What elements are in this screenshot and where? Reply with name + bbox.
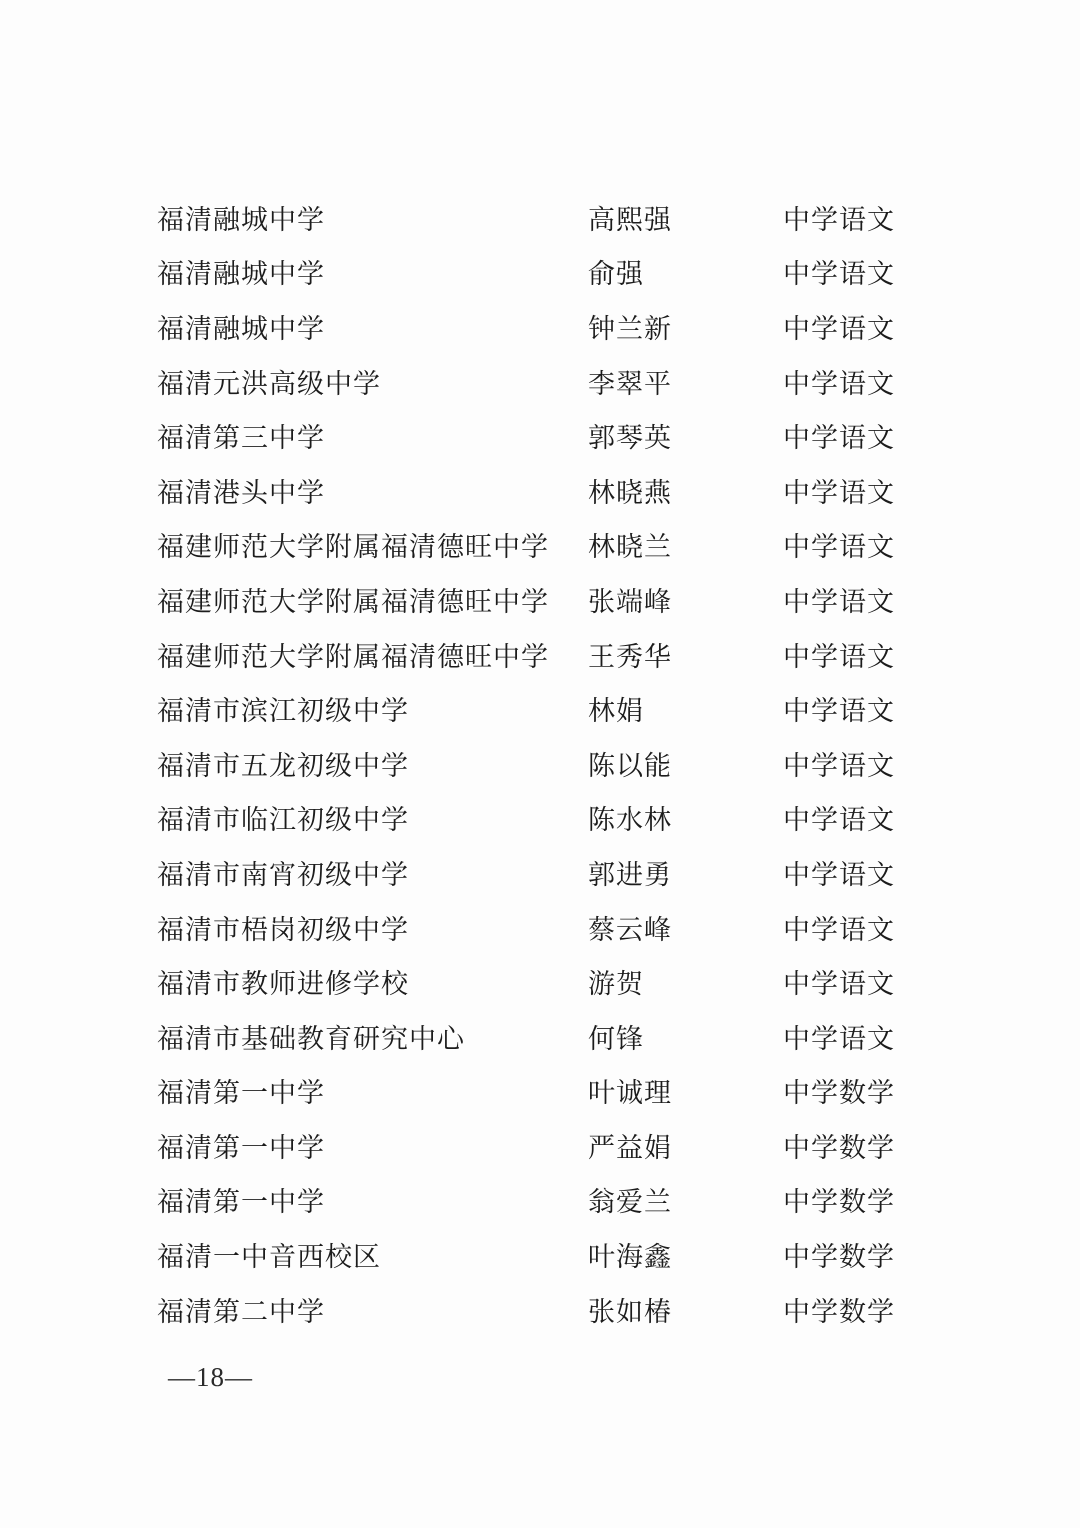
person-name-cell: 钟兰新 <box>588 307 783 346</box>
subject-cell: 中学语文 <box>783 689 895 728</box>
page-number: —18— <box>168 1362 253 1393</box>
school-name-cell: 福清市临江初级中学 <box>157 798 588 837</box>
subject-cell: 中学语文 <box>783 853 895 892</box>
table-row: 福清第三中学 郭琴英 中学语文 <box>0 408 1080 463</box>
subject-cell: 中学数学 <box>783 1126 895 1165</box>
table-row: 福建师范大学附属福清德旺中学 王秀华 中学语文 <box>0 627 1080 682</box>
table-row: 福清一中音西校区 叶海鑫 中学数学 <box>0 1227 1080 1282</box>
person-name-cell: 林晓兰 <box>588 525 783 564</box>
person-name-cell: 何锋 <box>588 1017 783 1056</box>
document-page: 福清融城中学 高熙强 中学语文 福清融城中学 俞强 中学语文 福清融城中学 钟兰… <box>0 0 1080 1528</box>
subject-cell: 中学数学 <box>783 1180 895 1219</box>
table-row: 福清元洪高级中学 李翠平 中学语文 <box>0 354 1080 409</box>
person-name-cell: 林晓燕 <box>588 471 783 510</box>
subject-cell: 中学语文 <box>783 635 895 674</box>
subject-cell: 中学语文 <box>783 307 895 346</box>
person-name-cell: 张端峰 <box>588 580 783 619</box>
subject-cell: 中学语文 <box>783 471 895 510</box>
table-row: 福清市临江初级中学 陈水林 中学语文 <box>0 791 1080 846</box>
table-row: 福清市滨江初级中学 林娟 中学语文 <box>0 681 1080 736</box>
table-row: 福建师范大学附属福清德旺中学 张端峰 中学语文 <box>0 572 1080 627</box>
subject-cell: 中学语文 <box>783 798 895 837</box>
person-name-cell: 陈水林 <box>588 798 783 837</box>
school-name-cell: 福清市教师进修学校 <box>157 962 588 1001</box>
school-name-cell: 福清融城中学 <box>157 252 588 291</box>
school-name-cell: 福清港头中学 <box>157 471 588 510</box>
subject-cell: 中学语文 <box>783 580 895 619</box>
person-name-cell: 张如椿 <box>588 1290 783 1329</box>
school-name-cell: 福清市梧岗初级中学 <box>157 908 588 947</box>
school-name-cell: 福清市五龙初级中学 <box>157 744 588 783</box>
person-name-cell: 郭进勇 <box>588 853 783 892</box>
table-row: 福清第二中学 张如椿 中学数学 <box>0 1282 1080 1337</box>
table-row: 福清港头中学 林晓燕 中学语文 <box>0 463 1080 518</box>
school-name-cell: 福清市基础教育研究中心 <box>157 1017 588 1056</box>
person-name-cell: 高熙强 <box>588 198 783 237</box>
subject-cell: 中学语文 <box>783 525 895 564</box>
person-name-cell: 俞强 <box>588 252 783 291</box>
person-name-cell: 蔡云峰 <box>588 908 783 947</box>
person-name-cell: 严益娟 <box>588 1126 783 1165</box>
school-name-cell: 福清一中音西校区 <box>157 1235 588 1274</box>
subject-cell: 中学语文 <box>783 362 895 401</box>
person-name-cell: 翁爱兰 <box>588 1180 783 1219</box>
school-name-cell: 福清市南宵初级中学 <box>157 853 588 892</box>
table-row: 福清第一中学 严益娟 中学数学 <box>0 1118 1080 1173</box>
table-row: 福清市五龙初级中学 陈以能 中学语文 <box>0 736 1080 791</box>
school-name-cell: 福建师范大学附属福清德旺中学 <box>157 525 588 564</box>
school-name-cell: 福清第一中学 <box>157 1180 588 1219</box>
table-row: 福清融城中学 高熙强 中学语文 <box>0 190 1080 245</box>
school-name-cell: 福清市滨江初级中学 <box>157 689 588 728</box>
person-name-cell: 游贺 <box>588 962 783 1001</box>
person-name-cell: 郭琴英 <box>588 416 783 455</box>
table-row: 福清融城中学 钟兰新 中学语文 <box>0 299 1080 354</box>
subject-cell: 中学数学 <box>783 1071 895 1110</box>
person-name-cell: 王秀华 <box>588 635 783 674</box>
subject-cell: 中学语文 <box>783 908 895 947</box>
person-name-cell: 李翠平 <box>588 362 783 401</box>
subject-cell: 中学数学 <box>783 1235 895 1274</box>
subject-cell: 中学语文 <box>783 744 895 783</box>
school-name-cell: 福清第三中学 <box>157 416 588 455</box>
person-name-cell: 陈以能 <box>588 744 783 783</box>
table-row: 福清市南宵初级中学 郭进勇 中学语文 <box>0 845 1080 900</box>
subject-cell: 中学数学 <box>783 1290 895 1329</box>
school-name-cell: 福清第二中学 <box>157 1290 588 1329</box>
table-row: 福清市梧岗初级中学 蔡云峰 中学语文 <box>0 900 1080 955</box>
school-name-cell: 福清融城中学 <box>157 198 588 237</box>
teacher-list: 福清融城中学 高熙强 中学语文 福清融城中学 俞强 中学语文 福清融城中学 钟兰… <box>0 190 1080 1336</box>
school-name-cell: 福清融城中学 <box>157 307 588 346</box>
subject-cell: 中学语文 <box>783 252 895 291</box>
person-name-cell: 叶海鑫 <box>588 1235 783 1274</box>
subject-cell: 中学语文 <box>783 416 895 455</box>
school-name-cell: 福清元洪高级中学 <box>157 362 588 401</box>
school-name-cell: 福建师范大学附属福清德旺中学 <box>157 580 588 619</box>
table-row: 福清第一中学 翁爱兰 中学数学 <box>0 1173 1080 1228</box>
school-name-cell: 福清第一中学 <box>157 1126 588 1165</box>
table-row: 福清市基础教育研究中心 何锋 中学语文 <box>0 1009 1080 1064</box>
school-name-cell: 福建师范大学附属福清德旺中学 <box>157 635 588 674</box>
table-row: 福清融城中学 俞强 中学语文 <box>0 245 1080 300</box>
table-row: 福清市教师进修学校 游贺 中学语文 <box>0 954 1080 1009</box>
person-name-cell: 叶诚理 <box>588 1071 783 1110</box>
subject-cell: 中学语文 <box>783 1017 895 1056</box>
subject-cell: 中学语文 <box>783 198 895 237</box>
table-row: 福建师范大学附属福清德旺中学 林晓兰 中学语文 <box>0 518 1080 573</box>
subject-cell: 中学语文 <box>783 962 895 1001</box>
table-row: 福清第一中学 叶诚理 中学数学 <box>0 1064 1080 1119</box>
school-name-cell: 福清第一中学 <box>157 1071 588 1110</box>
person-name-cell: 林娟 <box>588 689 783 728</box>
